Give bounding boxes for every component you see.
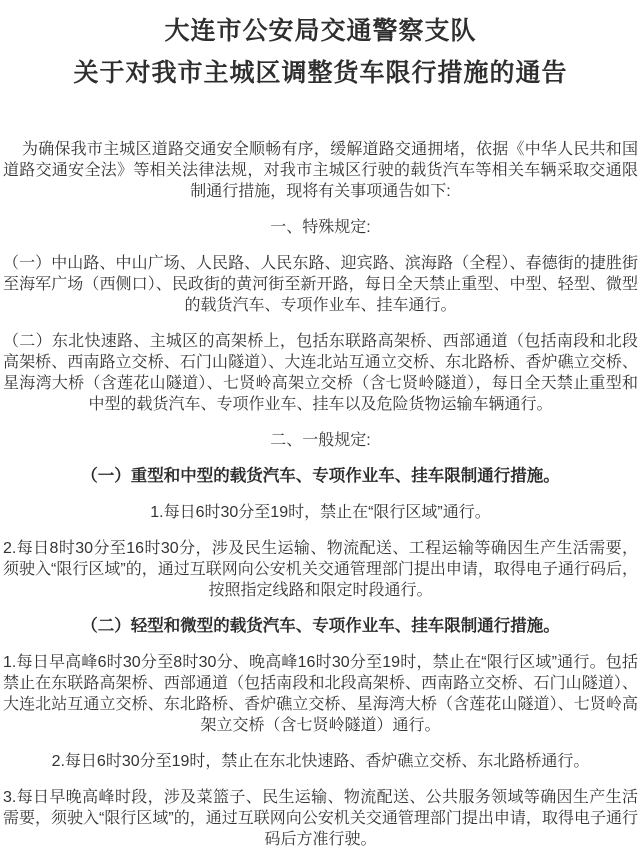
section1-item2: （二）东北快速路、主城区的高架桥上，包括东联路高架桥、西部通道（包括南段和北段高…: [3, 331, 638, 415]
section2-heading: 二、一般规定:: [3, 430, 638, 451]
section2-sub1-rule1: 1.每日6时30分至19时，禁止在“限行区域”通行。: [3, 502, 638, 523]
section2-sub1-heading: （一）重型和中型的载货汽车、专项作业车、挂车限制通行措施。: [3, 466, 638, 487]
section1-heading: 一、特殊规定:: [3, 217, 638, 238]
section2-sub2-rule1: 1.每日早高峰6时30分至8时30分、晚高峰16时30分至19时，禁止在“限行区…: [3, 652, 638, 736]
doc-title-line1: 大连市公安局交通警察支队: [3, 13, 638, 49]
section2-sub2-rule2: 2.每日6时30分至19时，禁止在东北快速路、香炉礁立交桥、东北路桥通行。: [3, 751, 638, 772]
section2-sub1-rule2: 2.每日8时30分至16时30分，涉及民生运输、物流配送、工程运输等确因生产生活…: [3, 538, 638, 601]
section2-sub2-heading: （二）轻型和微型的载货汽车、专项作业车、挂车限制通行措施。: [3, 616, 638, 637]
intro-paragraph: 为确保我市主城区道路交通安全顺畅有序，缓解道路交通拥堵，依据《中华人民共和国道路…: [3, 139, 638, 202]
notice-document: 大连市公安局交通警察支队 关于对我市主城区调整货车限行措施的通告 为确保我市主城…: [0, 0, 641, 850]
section2-sub2-rule3: 3.每日早晚高峰时段，涉及菜篮子、民生运输、物流配送、公共服务领域等确因生产生活…: [3, 787, 638, 850]
doc-title-line2: 关于对我市主城区调整货车限行措施的通告: [3, 55, 638, 91]
section1-item1: （一）中山路、中山广场、人民路、人民东路、迎宾路、滨海路（全程）、春德街的捷胜街…: [3, 253, 638, 316]
